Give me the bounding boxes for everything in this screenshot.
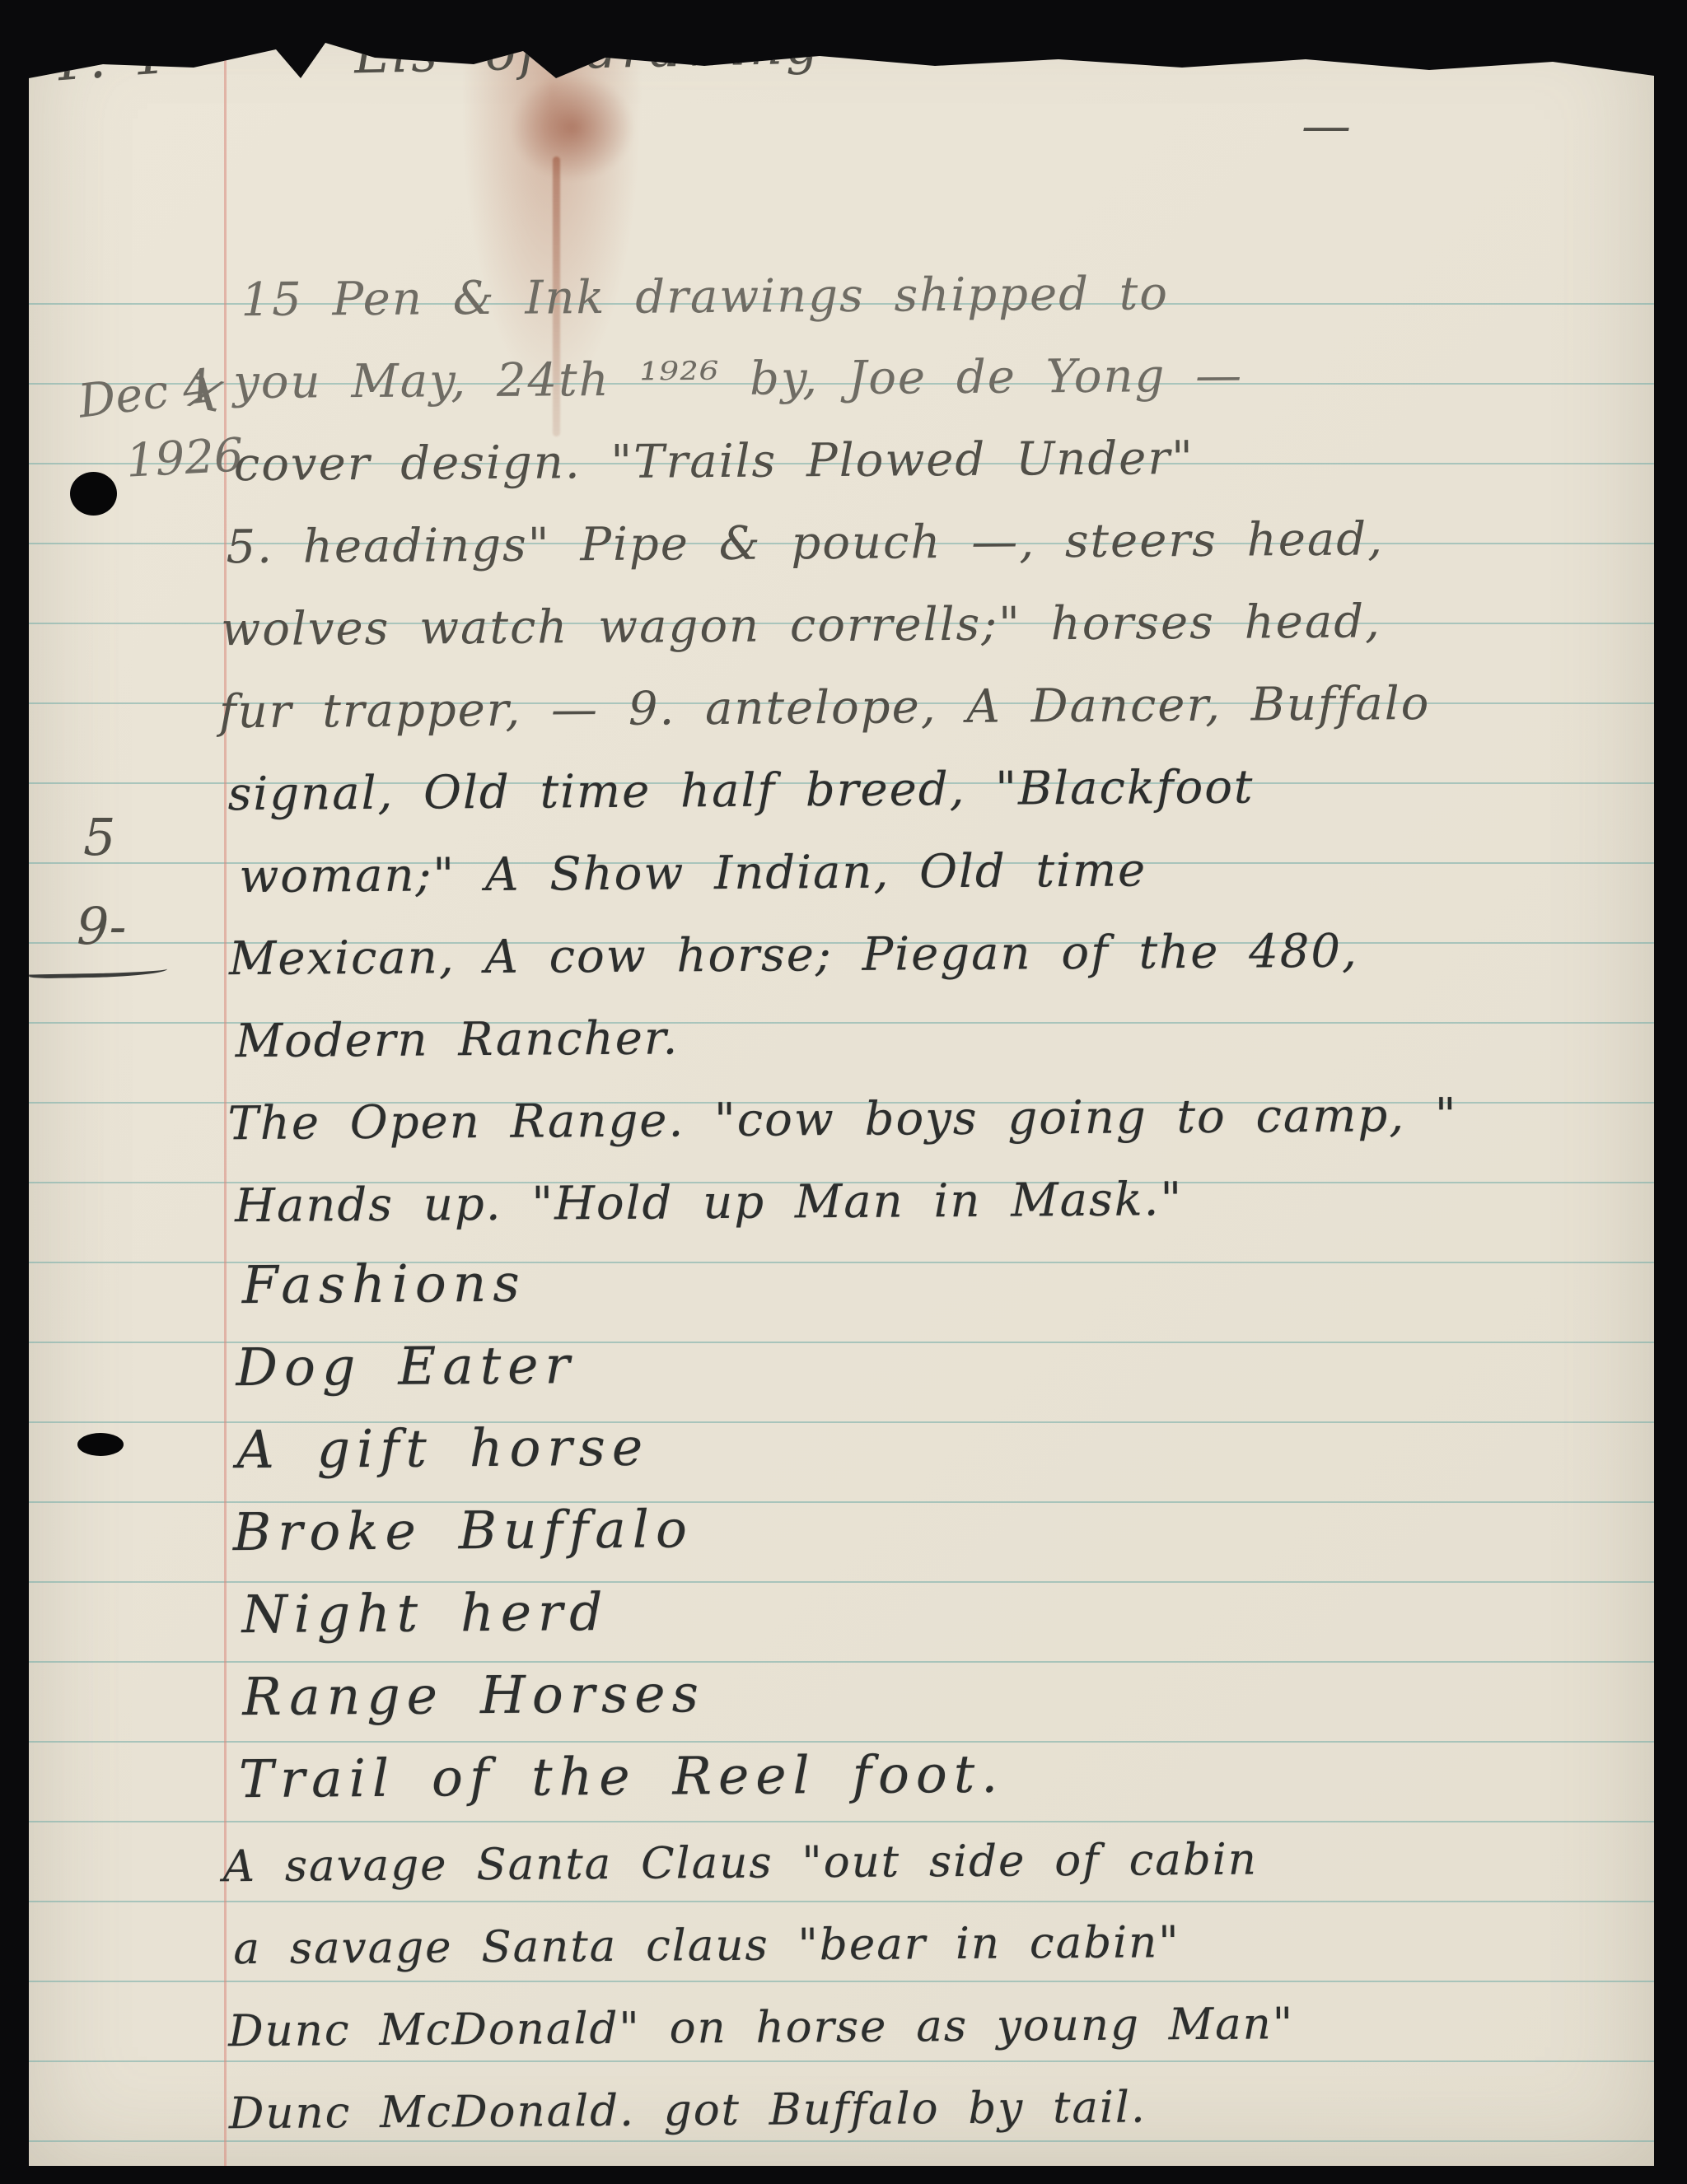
handwritten-list: 15 Pen & Ink drawings shipped to you May… bbox=[22, 235, 1661, 2140]
handwritten-line: fur trapper, — 9. antelope, A Dancer, Bu… bbox=[25, 646, 1651, 740]
notebook-paper: P. 1 — Lis of drawing — "Trails Plowed U… bbox=[29, 0, 1654, 2166]
handwritten-line: Modern Rancher. bbox=[27, 976, 1653, 1070]
handwritten-line: wolves watch wagon corrells;" horses hea… bbox=[25, 564, 1651, 658]
handwritten-line: Dog Eater bbox=[30, 1305, 1656, 1399]
handwritten-line: Dunc McDonald" on horse as young Man" bbox=[35, 1964, 1661, 2058]
page-title: Lis of drawing — "Trails Plowed Under" 4 bbox=[353, 0, 1639, 85]
handwritten-line: Dunc McDonald. got Buffalo by tail. bbox=[35, 2046, 1661, 2140]
handwritten-line: 5. headings" Pipe & pouch —, steers head… bbox=[24, 482, 1650, 576]
handwritten-line: a savage Santa claus "bear in cabin" bbox=[34, 1882, 1660, 1976]
rust-stain-dark bbox=[511, 74, 634, 181]
handwritten-line: The Open Range. "cow boys going to camp,… bbox=[28, 1058, 1654, 1152]
handwritten-line: woman;" A Show Indian, Old time bbox=[26, 811, 1652, 905]
handwritten-line: you May, 24th ¹⁹²⁶ by, Joe de Yong — bbox=[23, 317, 1649, 411]
catalog-number: C.6.569 bbox=[1390, 0, 1509, 39]
handwritten-line: Trail of the Reel foot. bbox=[33, 1717, 1659, 1811]
handwritten-line: A gift horse bbox=[30, 1388, 1657, 1482]
title-dash: — bbox=[1301, 97, 1351, 155]
handwritten-line: Fashions bbox=[29, 1223, 1655, 1317]
handwritten-line: Mexican, A cow horse; Piegan of the 480, bbox=[27, 894, 1653, 987]
handwritten-line: 15 Pen & Ink drawings shipped to bbox=[22, 235, 1648, 329]
handwritten-line: cover design. "Trails Plowed Under" bbox=[23, 399, 1649, 493]
scanned-notebook-page: P. 1 — Lis of drawing — "Trails Plowed U… bbox=[0, 0, 1687, 2184]
handwritten-line: signal, Old time half breed, "Blackfoot bbox=[26, 729, 1652, 823]
handwritten-line: Range Horses bbox=[32, 1635, 1658, 1729]
handwritten-line: A savage Santa Claus "out side of cabin bbox=[33, 1799, 1659, 1893]
handwritten-line: Hands up. "Hold up Man in Mask." bbox=[29, 1141, 1655, 1234]
handwritten-line: Night herd bbox=[31, 1552, 1657, 1646]
handwritten-line: Broke Buffalo bbox=[30, 1470, 1657, 1564]
